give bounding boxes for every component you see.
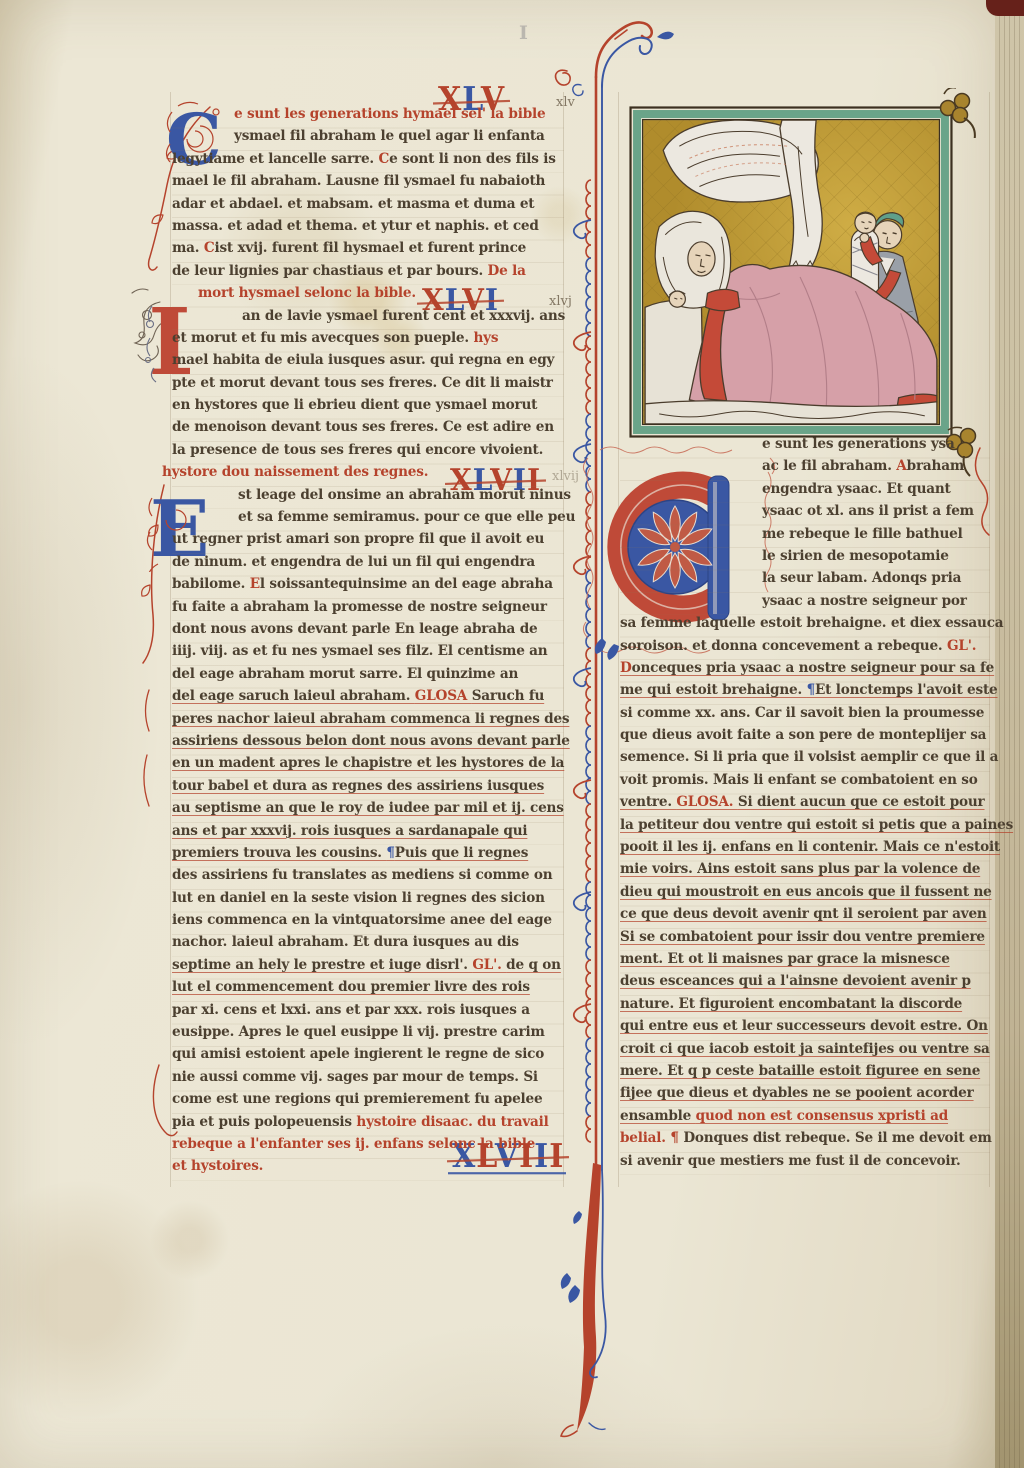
manuscript-text-line: Si se combatoient pour issir dou ventre … (620, 929, 990, 951)
manuscript-text-line: come est une regions qui premierement fu… (172, 1091, 564, 1113)
manuscript-text-line: de menoison devant tous ses freres. Ce e… (172, 419, 564, 441)
right-text-column: e sunt les generations ysaac le fil abra… (620, 436, 990, 1175)
manuscript-text-line: et hystoires. (172, 1158, 564, 1180)
text-segment: fu faite a abraham la promesse de nostre… (172, 599, 547, 615)
manuscript-text-line: Donceques pria ysaac a nostre seigneur p… (620, 660, 990, 682)
text-segment: semence. Si li pria que il volsist aempl… (620, 749, 998, 765)
text-segment: legytiame et lancelle sarre. (172, 151, 378, 167)
manuscript-text-line: de leur lignies par chastiaus et par bou… (172, 263, 564, 285)
manuscript-text-line: rebeque a l'enfanter ses ij. enfans selo… (172, 1136, 564, 1158)
manuscript-text-line: premiers trouva les cousins. ¶Puis que l… (172, 845, 564, 867)
text-segment: C (378, 151, 389, 167)
manuscript-text-line: iiij. viij. as et fu nes ysmael ses filz… (172, 643, 564, 665)
manuscript-text-line: engendra ysaac. Et quant (620, 481, 990, 503)
manuscript-text-line: st leage del onsime an abraham morut nin… (172, 487, 564, 509)
manuscript-text-line: pia et puis polopeuensis hystoire disaac… (172, 1114, 564, 1136)
left-text-column: e sunt les generations hymael sel' la bi… (172, 106, 564, 1181)
text-segment: ¶ (670, 1130, 683, 1146)
text-segment: ysaac ot xl. ans il prist a fem (762, 503, 974, 519)
text-segment: ist xvij. furent fil hysmael et furent p… (214, 240, 526, 256)
text-segment: de ninum. et engendra de lui un fil qui … (172, 554, 535, 570)
text-segment: dont nous avons devant parle En leage ab… (172, 621, 537, 637)
text-segment: GLOSA. (676, 794, 737, 810)
miniature-rebecca-childbirth (628, 106, 954, 438)
text-segment: ment. Et ot li maisnes par grace la misn… (620, 951, 950, 967)
manuscript-text-line: au septisme an que le roy de iudee par m… (172, 800, 564, 822)
text-segment: babilome. (172, 576, 250, 592)
manuscript-text-line: lut en daniel en la seste vision li regn… (172, 890, 564, 912)
bar-bottom-swash (577, 1163, 601, 1431)
manuscript-text-line: ans et par xxxvij. rois iusques a sardan… (172, 823, 564, 845)
manuscript-text-line: belial. ¶ Donques dist rebeque. Se il me… (620, 1130, 990, 1152)
text-segment: septime an hely le prestre et iuge disrl… (172, 957, 472, 973)
text-segment: GL'. (472, 957, 506, 973)
text-segment: Puis que li regnes (395, 845, 528, 861)
manuscript-text-line: semence. Si li pria que il volsist aempl… (620, 749, 990, 771)
manuscript-text-line: croit ci que iacob estoit ja saintefijes… (620, 1041, 990, 1063)
text-segment: engendra ysaac. Et quant (762, 481, 951, 497)
text-segment: ans et par xxxvij. rois iusques a sardan… (172, 823, 527, 839)
text-segment: braham (907, 458, 964, 474)
manuscript-text-line: et morut et fu mis avecques son pueple. … (172, 330, 564, 352)
text-segment: qui entre eus et leur successeurs devoit… (620, 1018, 988, 1034)
manuscript-text-line: ac le fil abraham. Abraham (620, 458, 990, 480)
manuscript-text-line: pte et morut devant tous ses freres. Ce … (172, 375, 564, 397)
manuscript-text-line: ensamble quod non est consensus xpristi … (620, 1108, 990, 1130)
text-segment: del eage saruch laieul abraham. (172, 688, 415, 704)
manuscript-text-line: si avenir que mestiers me fust il de con… (620, 1153, 990, 1175)
text-segment: au septisme an que le roy de iudee par m… (172, 800, 564, 816)
text-segment: Si se combatoient pour issir dou ventre … (620, 929, 985, 945)
text-segment: de menoison devant tous ses freres. Ce e… (172, 419, 554, 435)
text-segment: mort hysmael selonc la bible. (198, 285, 416, 301)
manuscript-text-line: nie aussi comme vij. sages par mour de t… (172, 1069, 564, 1091)
text-segment: soroison. et donna concevement a rebeque… (620, 638, 947, 654)
manuscript-text-line: e sunt les generations ysa (620, 436, 990, 458)
text-segment: des assiriens fu translates as mediens s… (172, 867, 552, 883)
manuscript-text-line: ma. Cist xvij. furent fil hysmael et fur… (172, 240, 564, 262)
manuscript-text-line: lut el commencement dou premier livre de… (172, 979, 564, 1001)
manuscript-text-line: la petiteur dou ventre qui estoit si pet… (620, 817, 990, 839)
manuscript-text-line: ventre. GLOSA. Si dient aucun que ce est… (620, 794, 990, 816)
text-segment: peres nachor laieul abraham commenca li … (172, 711, 569, 727)
text-segment: et morut et fu mis avecques son pueple. (172, 330, 473, 346)
text-segment: mael habita de eiula iusques asur. qui r… (172, 352, 554, 368)
text-segment: sa femme laquelle estoit brehaigne. et d… (620, 615, 1003, 631)
text-segment: assiriens dessous belon dont nous avons … (172, 733, 570, 749)
manuscript-text-line: massa. et adad et thema. et ytur et naph… (172, 218, 564, 240)
manuscript-text-line: la seur labam. Adonqs pria (620, 570, 990, 592)
text-segment: quod non est consensus xpristi ad (696, 1108, 948, 1124)
manuscript-text-line: fijee que dieus et dyables ne se pooient… (620, 1085, 990, 1107)
text-segment: an de lavie ysmael furent cent et xxxvij… (242, 308, 565, 324)
text-segment: e sont li non des fils is (389, 151, 556, 167)
text-segment: onceques pria ysaac a nostre seigneur po… (632, 660, 995, 676)
book-page-edges (995, 0, 1024, 1468)
manuscript-text-line: dont nous avons devant parle En leage ab… (172, 621, 564, 643)
text-segment: Saruch fu (472, 688, 545, 704)
text-segment: E (250, 576, 260, 592)
manuscript-text-line: me rebeque le fille bathuel (620, 526, 990, 548)
manuscript-text-line: eusippe. Apres le quel eusippe li vij. p… (172, 1024, 564, 1046)
text-segment: ce que deus devoit avenir qnt il seroien… (620, 906, 987, 922)
text-segment: ensamble (620, 1108, 696, 1124)
text-segment: come est une regions qui premierement fu… (172, 1091, 542, 1107)
binding-corner (986, 0, 1024, 16)
manuscript-text-line: me qui estoit brehaigne. ¶Et lonctemps l… (620, 682, 990, 704)
text-segment: De la (488, 263, 526, 279)
manuscript-text-line: mere. Et q p ceste bataille estoit figur… (620, 1063, 990, 1085)
text-segment: me qui estoit brehaigne. (620, 682, 807, 698)
text-segment: deus esceances qui a l'ainsne devoient a… (620, 973, 971, 989)
text-segment: voit promis. Mais li enfant se combatoie… (620, 772, 978, 788)
manuscript-text-line: ment. Et ot li maisnes par grace la misn… (620, 951, 990, 973)
manuscript-text-line: et sa femme semiramus. pour ce que elle … (172, 509, 564, 531)
manuscript-text-line: qui entre eus et leur successeurs devoit… (620, 1018, 990, 1040)
text-segment: ac le fil abraham. (762, 458, 896, 474)
text-segment: par xi. cens et lxxi. ans et par xxx. ro… (172, 1002, 530, 1018)
manuscript-text-line: ut regner prist amari son propre fil que… (172, 531, 564, 553)
bar-scallop-flourishes (574, 180, 591, 1142)
manuscript-text-line: ce que deus devoit avenir qnt il seroien… (620, 906, 990, 928)
text-segment: si comme xx. ans. Car il savoit bien la … (620, 705, 984, 721)
text-segment: la seur labam. Adonqs pria (762, 570, 961, 586)
text-segment: Et lonctemps l'avoit este (815, 682, 997, 698)
text-segment: nature. Et figuroient encombatant la dis… (620, 996, 962, 1012)
text-segment: hystore dou naissement des regnes. (162, 464, 428, 480)
manuscript-text-line: si comme xx. ans. Car il savoit bien la … (620, 705, 990, 727)
text-segment: pooit il les ij. enfans en li contenir. … (620, 839, 1000, 855)
manuscript-text-line: soroison. et donna concevement a rebeque… (620, 638, 990, 660)
manuscript-text-line: mort hysmael selonc la bible. (172, 285, 564, 307)
manuscript-text-line: de ninum. et engendra de lui un fil qui … (172, 554, 564, 576)
text-segment: iens commenca en la vintquatorsime anee … (172, 912, 552, 928)
manuscript-text-line: dieu qui moustroit en eus ancois que il … (620, 884, 990, 906)
manuscript-text-line: en hystores que li ebrieu dient que ysma… (172, 397, 564, 419)
text-segment: ¶ (386, 845, 394, 861)
manuscript-text-line: sa femme laquelle estoit brehaigne. et d… (620, 615, 990, 637)
text-segment: croit ci que iacob estoit ja saintefijes… (620, 1041, 990, 1057)
text-segment: del eage abraham morut sarre. El quinzim… (172, 666, 518, 682)
text-segment: que dieus avoit faite a son pere de mont… (620, 727, 986, 743)
manuscript-text-line: del eage abraham morut sarre. El quinzim… (172, 666, 564, 688)
text-segment: pia et puis polopeuensis (172, 1114, 356, 1130)
text-segment: nie aussi comme vij. sages par mour de t… (172, 1069, 538, 1085)
text-segment: et hystoires. (172, 1158, 263, 1174)
folio-mark: I (519, 22, 528, 44)
text-segment: C (204, 240, 215, 256)
manuscript-text-line: tour babel et dura as regnes des assirie… (172, 778, 564, 800)
text-segment: e sunt les generations ysa (762, 436, 955, 452)
manuscript-text-line: ysmael fil abraham le quel agar li enfan… (172, 128, 564, 150)
manuscript-text-line: nachor. laieul abraham. Et dura iusques … (172, 934, 564, 956)
manuscript-text-line: septime an hely le prestre et iuge disrl… (172, 957, 564, 979)
text-segment: mie voirs. Ains estoit sans plus par la … (620, 861, 980, 877)
text-segment: ma. (172, 240, 204, 256)
manuscript-text-line: nature. Et figuroient encombatant la dis… (620, 996, 990, 1018)
manuscript-text-line: adar et abdael. et mabsam. et masma et d… (172, 196, 564, 218)
manuscript-text-line: babilome. El soissantequinsime an del ea… (172, 576, 564, 598)
text-segment: ut regner prist amari son propre fil que… (172, 531, 544, 547)
text-segment: fijee que dieus et dyables ne se pooient… (620, 1085, 974, 1101)
manuscript-text-line: mael le fil abraham. Lausne fil ysmael f… (172, 173, 564, 195)
manuscript-text-line: ysaac ot xl. ans il prist a fem (620, 503, 990, 525)
text-segment: Si dient aucun que ce estoit pour (738, 794, 985, 810)
text-segment: en un madent apres le chapistre et les h… (172, 755, 564, 771)
trefoil-ornament-top (934, 88, 988, 138)
text-segment: la petiteur dou ventre qui estoit si pet… (620, 817, 1013, 833)
manuscript-text-line: mael habita de eiula iusques asur. qui r… (172, 352, 564, 374)
manuscript-text-line: e sunt les generations hymael sel' la bi… (172, 106, 564, 128)
manuscript-text-line: mie voirs. Ains estoit sans plus par la … (620, 861, 990, 883)
text-segment: GLOSA (415, 688, 472, 704)
text-segment: Donques dist rebeque. Se il me devoit em (683, 1130, 991, 1146)
manuscript-text-line: del eage saruch laieul abraham. GLOSA Sa… (172, 688, 564, 710)
manuscript-text-line: voit promis. Mais li enfant se combatoie… (620, 772, 990, 794)
text-segment: mere. Et q p ceste bataille estoit figur… (620, 1063, 980, 1079)
text-segment: GL'. (947, 638, 976, 654)
text-segment: lut el commencement dou premier livre de… (172, 979, 530, 995)
text-segment: ysmael fil abraham le quel agar li enfan… (234, 128, 545, 144)
manuscript-text-line: iens commenca en la vintquatorsime anee … (172, 912, 564, 934)
manuscript-text-line: que dieus avoit faite a son pere de mont… (620, 727, 990, 749)
manuscript-photo: I (0, 0, 1024, 1468)
manuscript-text-line: le sirien de mesopotamie (620, 548, 990, 570)
text-segment: adar et abdael. et mabsam. et masma et d… (172, 196, 534, 212)
text-segment: lut en daniel en la seste vision li regn… (172, 890, 545, 906)
text-segment: me rebeque le fille bathuel (762, 526, 963, 542)
text-segment: de leur lignies par chastiaus et par bou… (172, 263, 488, 279)
manuscript-text-line: deus esceances qui a l'ainsne devoient a… (620, 973, 990, 995)
text-segment: rebeque a l'enfanter ses ij. enfans selo… (172, 1136, 535, 1152)
text-segment: ventre. (620, 794, 676, 810)
text-segment: en hystores que li ebrieu dient que ysma… (172, 397, 537, 413)
text-segment: belial. (620, 1130, 670, 1146)
text-segment: eusippe. Apres le quel eusippe li vij. p… (172, 1024, 545, 1040)
text-segment: si avenir que mestiers me fust il de con… (620, 1153, 961, 1169)
text-segment: le sirien de mesopotamie (762, 548, 949, 564)
text-segment: ysaac a nostre seigneur por (762, 593, 967, 609)
manuscript-text-line: qui amisi estoient apele ingierent le re… (172, 1046, 564, 1068)
text-segment: ¶ (807, 682, 815, 698)
manuscript-text-line: legytiame et lancelle sarre. Ce sont li … (172, 151, 564, 173)
text-segment: nachor. laieul abraham. Et dura iusques … (172, 934, 519, 950)
text-segment: premiers trouva les cousins. (172, 845, 386, 861)
manuscript-text-line: par xi. cens et lxxi. ans et par xxx. ro… (172, 1002, 564, 1024)
manuscript-text-line: an de lavie ysmael furent cent et xxxvij… (172, 308, 564, 330)
text-segment: de q on (506, 957, 561, 973)
baby-beside-mother (669, 291, 685, 307)
manuscript-text-line: la presence de tous ses freres qui encor… (172, 442, 564, 464)
text-segment: hystoire disaac. du travail (356, 1114, 548, 1130)
text-segment: pte et morut devant tous ses freres. Ce … (172, 375, 553, 391)
text-segment: et sa femme semiramus. pour ce que elle … (238, 509, 575, 525)
text-segment: qui amisi estoient apele ingierent le re… (172, 1046, 544, 1062)
text-segment: mael le fil abraham. Lausne fil ysmael f… (172, 173, 545, 189)
text-segment: l soissantequinsime an del eage abraha (260, 576, 553, 592)
manuscript-text-line: hystore dou naissement des regnes. (162, 464, 564, 486)
manuscript-text-line: pooit il les ij. enfans en li contenir. … (620, 839, 990, 861)
text-segment: hys (473, 330, 498, 346)
manuscript-text-line: en un madent apres le chapistre et les h… (172, 755, 564, 777)
text-segment: st leage del onsime an abraham morut nin… (238, 487, 571, 503)
text-segment: la presence de tous ses freres qui encor… (172, 442, 543, 458)
text-segment: A (896, 458, 906, 474)
text-segment: dieu qui moustroit en eus ancois que il … (620, 884, 992, 900)
manuscript-text-line: assiriens dessous belon dont nous avons … (172, 733, 564, 755)
manuscript-text-line: fu faite a abraham la promesse de nostre… (172, 599, 564, 621)
text-segment: tour babel et dura as regnes des assirie… (172, 778, 544, 794)
text-segment: iiij. viij. as et fu nes ysmael ses filz… (172, 643, 547, 659)
text-segment: e sunt les generations hymael sel' la bi… (234, 106, 545, 122)
manuscript-text-line: ysaac a nostre seigneur por (620, 593, 990, 615)
text-segment: D (620, 660, 632, 676)
manuscript-text-line: peres nachor laieul abraham commenca li … (172, 711, 564, 733)
manuscript-text-line: des assiriens fu translates as mediens s… (172, 867, 564, 889)
text-segment: massa. et adad et thema. et ytur et naph… (172, 218, 539, 234)
